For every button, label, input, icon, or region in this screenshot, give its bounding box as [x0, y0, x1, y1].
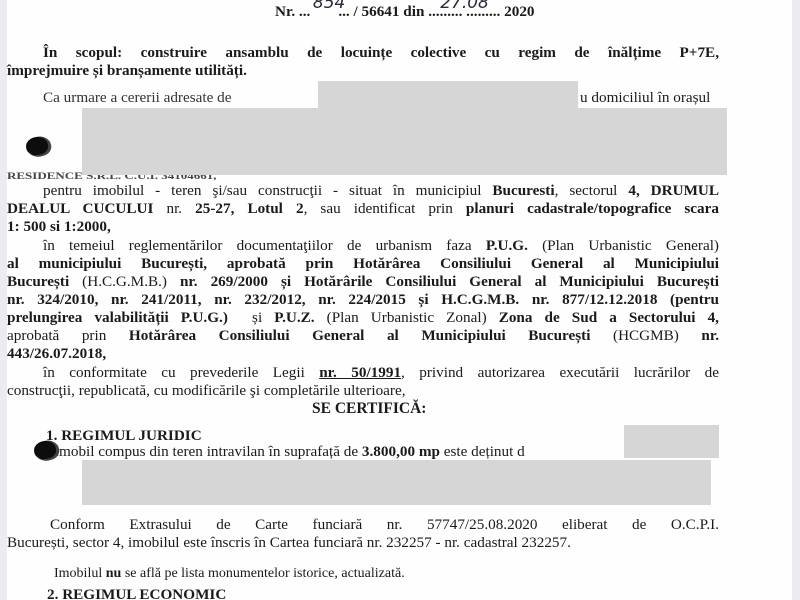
land-registry-line-2: București, sector 4, imobilul este înscr… [7, 534, 571, 552]
redaction-box-company [82, 108, 727, 175]
law-line-1: în conformitate cu prevederile Legii nr.… [43, 364, 719, 382]
purpose-line-2: împrejmuire și branșamente utilități. [7, 62, 247, 80]
document-number-line: Nr. ......854 / 56641 din ......... ....… [275, 3, 535, 21]
purpose-line-1: În scopul: construire ansamblu de locuin… [43, 44, 719, 62]
handwritten-date: 27.08 [440, 0, 489, 12]
scan-left-margin [0, 0, 7, 600]
property-line-3: 1: 500 si 1:2000, [7, 218, 111, 236]
date-field: ......... .........27.08 [428, 3, 500, 20]
request-start: Ca urmare a cererii adresate de [43, 89, 231, 107]
law-line-2: construcţii, republicată, cu modificăril… [7, 382, 406, 400]
redaction-box-owner [624, 425, 719, 458]
redaction-box-owner-details [82, 460, 711, 505]
regulations-line-7: 443/26.07.2018, [7, 345, 106, 363]
number-field: ......854 [299, 3, 350, 20]
section-1-land-line: Imobil compus din teren intravilan în su… [54, 443, 525, 461]
section-2-title: 2. REGIMUL ECONOMIC [47, 586, 226, 600]
handwritten-number: 854 [313, 0, 345, 12]
redaction-box-requester [318, 81, 578, 109]
property-line-1: pentru imobilul - teren şi/sau construcţ… [43, 182, 719, 200]
regulations-line-5: prelungirea valabilității P.U.G.) și P.U… [7, 309, 719, 327]
regulations-line-2: al municipiului București, aprobată prin… [7, 255, 719, 273]
scan-right-margin [792, 0, 800, 600]
regulations-line-1: în temeiul reglementărilor documentaţiil… [43, 237, 719, 255]
land-registry-line-1: Conform Extrasului de Carte funciară nr.… [50, 516, 719, 534]
request-end: u domiciliul în orașul [580, 89, 710, 107]
monuments-line: Imobilul nu se află pe lista monumentelo… [54, 565, 405, 583]
regulations-line-3: București (H.C.G.M.B.) nr. 269/2000 și H… [7, 273, 719, 291]
certifies-heading: SE CERTIFICĂ: [312, 400, 426, 418]
property-line-2: DEALUL CUCULUI nr. 25-27, Lotul 2, sau i… [7, 200, 719, 218]
regulations-line-4: nr. 324/2010, nr. 241/2011, nr. 232/2012… [7, 291, 719, 309]
regulations-line-6: aprobată prin Hotărârea Consiliului Gene… [7, 327, 719, 345]
